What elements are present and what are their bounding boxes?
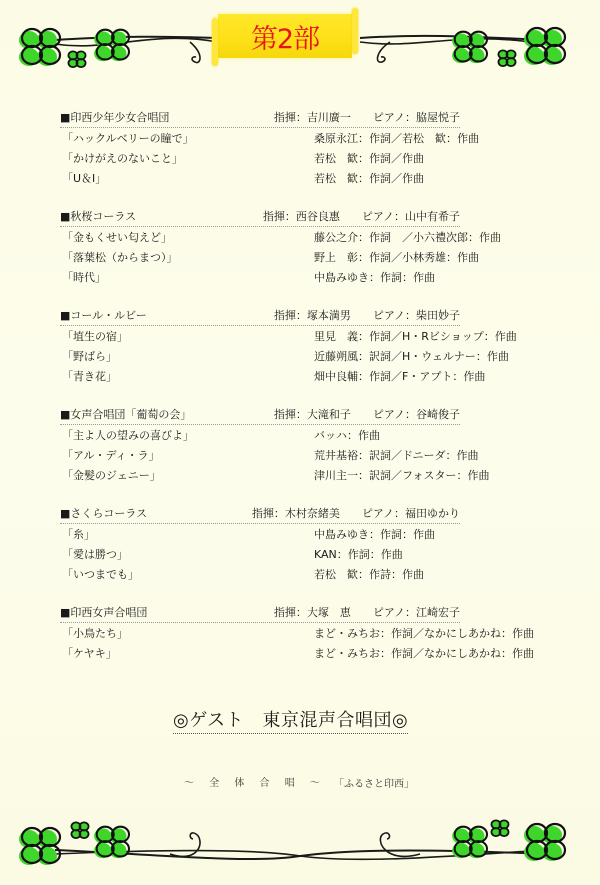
song-credit: 中島みゆき：作詞：作曲 — [314, 268, 435, 287]
song-row: 「アル・ディ・ラ」荒井基裕：訳詞／ドニーダ：作曲 — [60, 446, 540, 465]
pianist: ピアノ：福田ゆかり — [362, 507, 460, 520]
song-row: 「ハックルベリーの瞳で」桑原永江：作詞／若松 歓：作曲 — [60, 129, 540, 148]
song-credit: まど・みちお：作詞／なかにしあかね：作曲 — [314, 644, 534, 663]
choir-name: ■さくらコーラス — [60, 506, 252, 523]
conductor: 指揮：塚本満男 — [274, 309, 351, 322]
choir-name: ■女声合唱団「葡萄の会」 — [60, 407, 274, 424]
choir-header: ■印西女声合唱団 指揮：大塚 恵ピアノ：江崎宏子 — [60, 605, 460, 623]
choir-group: ■印西少年少女合唱団 指揮：吉川廣一ピアノ：脇屋悦子 「ハックルベリーの瞳で」桑… — [60, 110, 540, 188]
finale-label: ～ 全 体 合 唱 ～ — [184, 774, 326, 789]
song-credit: 津川主一：訳詞／フォスター：作曲 — [314, 466, 489, 485]
program-list: ■印西少年少女合唱団 指揮：吉川廣一ピアノ：脇屋悦子 「ハックルベリーの瞳で」桑… — [60, 110, 540, 684]
song-row: 「金髪のジェニー」津川主一：訳詞／フォスター：作曲 — [60, 466, 540, 485]
song-title: 「小鳥たち」 — [60, 624, 314, 643]
song-row: 「糸」中島みゆき：作詞：作曲 — [60, 525, 540, 544]
conductor: 指揮：大塚 恵 — [274, 606, 351, 619]
choir-name: ■印西女声合唱団 — [60, 605, 274, 622]
choir-staff: 指揮：塚本満男ピアノ：柴田妙子 — [274, 308, 460, 325]
song-title: 「愛は勝つ」 — [60, 545, 314, 564]
pianist: ピアノ：脇屋悦子 — [373, 111, 460, 124]
program-page: 第2部 ■印西少年少女合唱団 指揮：吉川廣一ピアノ：脇屋悦子 「ハックルベリーの… — [0, 0, 600, 885]
choir-name: ■コール・ルビー — [60, 308, 274, 325]
part-title: 第2部 — [251, 17, 319, 56]
song-row: 「いつまでも」若松 歓：作詩：作曲 — [60, 565, 540, 584]
song-credit: 畑中良輔：作詞／F・アプト：作曲 — [314, 367, 485, 386]
part-title-banner: 第2部 — [218, 14, 352, 58]
song-credit: 桑原永江：作詞／若松 歓：作曲 — [314, 129, 479, 148]
pianist: ピアノ：柴田妙子 — [373, 309, 460, 322]
song-title: 「金もくせい匂えど」 — [60, 228, 314, 247]
choir-group: ■印西女声合唱団 指揮：大塚 恵ピアノ：江崎宏子 「小鳥たち」まど・みちお：作詞… — [60, 605, 540, 663]
choir-header: ■秋桜コーラス 指揮：西谷良惠ピアノ：山中有希子 — [60, 209, 460, 227]
song-row: 「ケヤキ」まど・みちお：作詞／なかにしあかね：作曲 — [60, 644, 540, 663]
conductor: 指揮：吉川廣一 — [274, 111, 351, 124]
song-title: 「主よ人の望みの喜びよ」 — [60, 426, 314, 445]
song-credit: 若松 歓：作詞／作曲 — [314, 169, 424, 188]
song-title: 「いつまでも」 — [60, 565, 314, 584]
song-title: 「ケヤキ」 — [60, 644, 314, 663]
song-credit: 中島みゆき：作詞：作曲 — [314, 525, 435, 544]
choir-group: ■女声合唱団「葡萄の会」 指揮：大滝和子ピアノ：谷崎俊子 「主よ人の望みの喜びよ… — [60, 407, 540, 485]
song-title: 「糸」 — [60, 525, 314, 544]
song-row: 「愛は勝つ」KAN：作詞：作曲 — [60, 545, 540, 564]
song-credit: 荒井基裕：訳詞／ドニーダ：作曲 — [314, 446, 479, 465]
choir-group: ■コール・ルビー 指揮：塚本満男ピアノ：柴田妙子 「埴生の宿」里見 義：作詞／H… — [60, 308, 540, 386]
choir-header: ■女声合唱団「葡萄の会」 指揮：大滝和子ピアノ：谷崎俊子 — [60, 407, 460, 425]
song-credit: 若松 歓：作詞／作曲 — [314, 149, 424, 168]
pianist: ピアノ：山中有希子 — [362, 210, 460, 223]
choir-group: ■秋桜コーラス 指揮：西谷良惠ピアノ：山中有希子 「金もくせい匂えど」藤公之介：… — [60, 209, 540, 287]
song-row: 「時代」中島みゆき：作詞：作曲 — [60, 268, 540, 287]
song-row: 「小鳥たち」まど・みちお：作詞／なかにしあかね：作曲 — [60, 624, 540, 643]
song-row: 「かけがえのないこと」若松 歓：作詞／作曲 — [60, 149, 540, 168]
choir-header: ■コール・ルビー 指揮：塚本満男ピアノ：柴田妙子 — [60, 308, 460, 326]
song-row: 「主よ人の望みの喜びよ」バッハ：作曲 — [60, 426, 540, 445]
song-credit: バッハ：作曲 — [314, 426, 380, 445]
song-row: 「金もくせい匂えど」藤公之介：作詞 ／小六禮次郎：作曲 — [60, 228, 540, 247]
conductor: 指揮：大滝和子 — [274, 408, 351, 421]
song-title: 「金髪のジェニー」 — [60, 466, 314, 485]
song-credit: 野上 彰：作詞／小林秀雄：作曲 — [314, 248, 479, 267]
song-title: 「ハックルベリーの瞳で」 — [60, 129, 314, 148]
conductor: 指揮：木村奈緒美 — [252, 507, 340, 520]
song-title: 「時代」 — [60, 268, 314, 287]
choir-staff: 指揮：大塚 恵ピアノ：江崎宏子 — [274, 605, 460, 622]
choir-header: ■さくらコーラス 指揮：木村奈緒美ピアノ：福田ゆかり — [60, 506, 460, 524]
conductor: 指揮：西谷良惠 — [263, 210, 340, 223]
song-credit: 藤公之介：作詞 ／小六禮次郎：作曲 — [314, 228, 501, 247]
choir-header: ■印西少年少女合唱団 指揮：吉川廣一ピアノ：脇屋悦子 — [60, 110, 460, 128]
song-row: 「野ばら」近藤朔風：訳詞／H・ウェルナー：作曲 — [60, 347, 540, 366]
choir-staff: 指揮：西谷良惠ピアノ：山中有希子 — [263, 209, 460, 226]
song-title: 「アル・ディ・ラ」 — [60, 446, 314, 465]
song-title: 「落葉松（からまつ）」 — [60, 248, 314, 267]
song-credit: まど・みちお：作詞／なかにしあかね：作曲 — [314, 624, 534, 643]
song-credit: 若松 歓：作詩：作曲 — [314, 565, 424, 584]
pianist: ピアノ：江崎宏子 — [373, 606, 460, 619]
choir-staff: 指揮：吉川廣一ピアノ：脇屋悦子 — [274, 110, 460, 127]
choir-group: ■さくらコーラス 指揮：木村奈緒美ピアノ：福田ゆかり 「糸」中島みゆき：作詞：作… — [60, 506, 540, 584]
song-credit: 里見 義：作詞／H・Rビショップ：作曲 — [314, 327, 517, 346]
pianist: ピアノ：谷崎俊子 — [373, 408, 460, 421]
choir-staff: 指揮：大滝和子ピアノ：谷崎俊子 — [274, 407, 460, 424]
song-row: 「青き花」畑中良輔：作詞／F・アプト：作曲 — [60, 367, 540, 386]
clover-vine-ornament-bottom — [0, 790, 600, 880]
choir-name: ■印西少年少女合唱団 — [60, 110, 274, 127]
guest-performer: ◎ゲスト 東京混声合唱団◎ — [173, 706, 408, 734]
song-row: 「U＆I」若松 歓：作詞／作曲 — [60, 169, 540, 188]
song-title: 「U＆I」 — [60, 169, 314, 188]
song-row: 「落葉松（からまつ）」野上 彰：作詞／小林秀雄：作曲 — [60, 248, 540, 267]
choir-name: ■秋桜コーラス — [60, 209, 263, 226]
song-credit: KAN：作詞：作曲 — [314, 545, 403, 564]
choir-staff: 指揮：木村奈緒美ピアノ：福田ゆかり — [252, 506, 460, 523]
song-title: 「野ばら」 — [60, 347, 314, 366]
song-row: 「埴生の宿」里見 義：作詞／H・Rビショップ：作曲 — [60, 327, 540, 346]
song-credit: 近藤朔風：訳詞／H・ウェルナー：作曲 — [314, 347, 509, 366]
song-title: 「埴生の宿」 — [60, 327, 314, 346]
song-title: 「青き花」 — [60, 367, 314, 386]
song-title: 「かけがえのないこと」 — [60, 149, 314, 168]
